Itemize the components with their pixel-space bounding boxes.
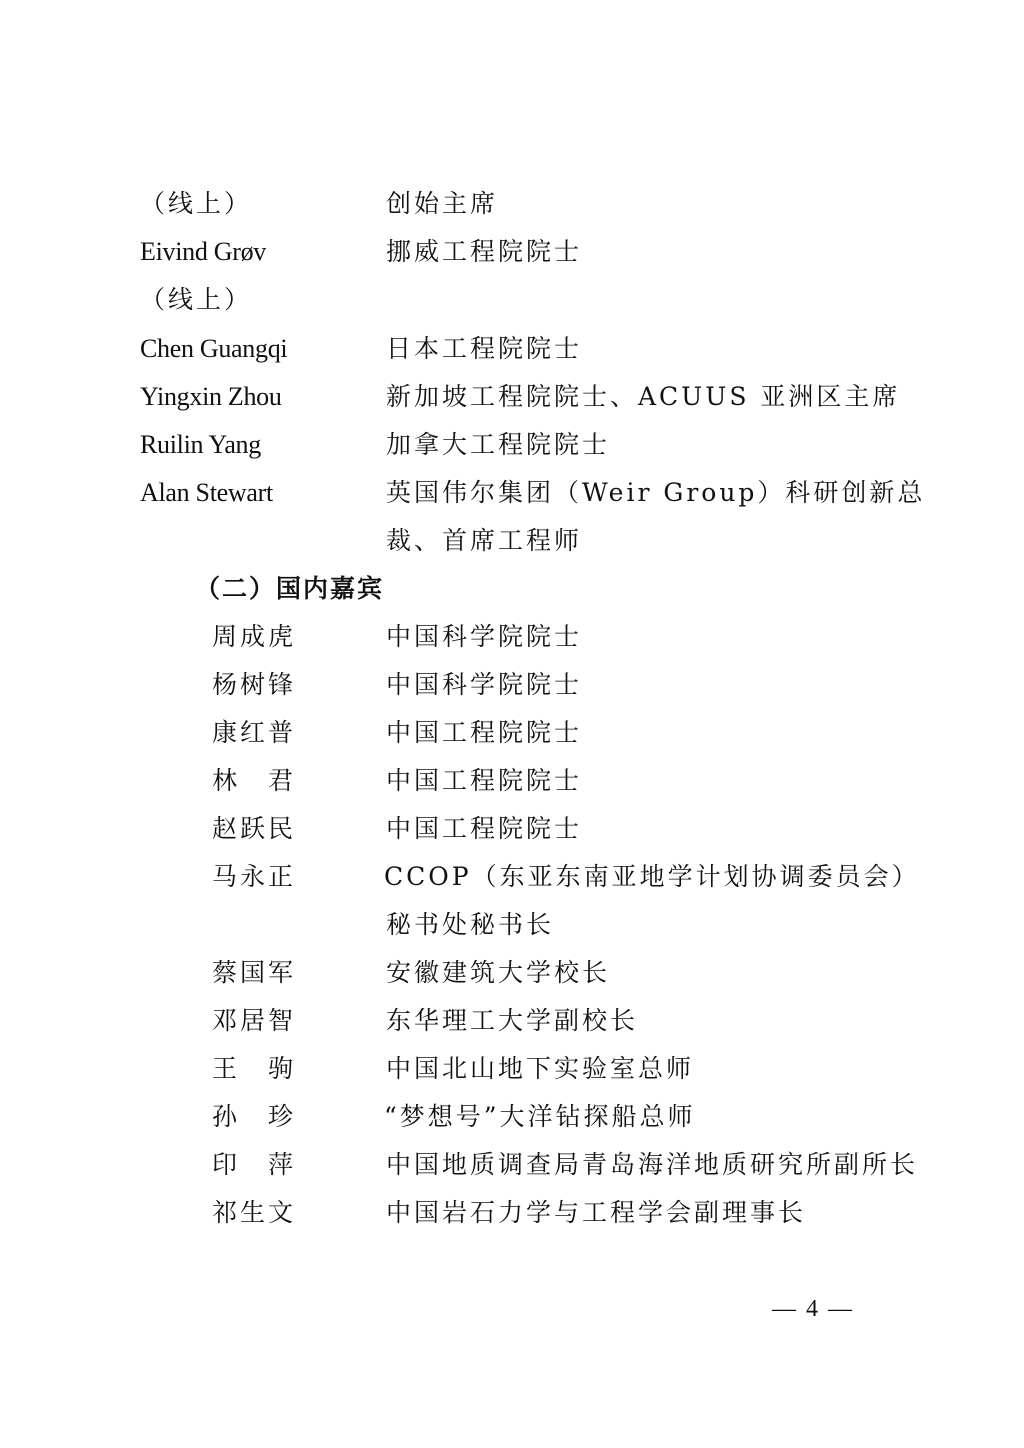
guest-name: Alan Stewart [140, 473, 273, 513]
guest-row: 印 萍 中国地质调查局青岛海洋地质研究所副所长 [212, 1145, 912, 1185]
guest-name: Yingxin Zhou [140, 377, 282, 417]
guest-title: 中国地质调查局青岛海洋地质研究所副所长 [386, 1145, 918, 1185]
guest-name: 邓居智 [212, 1001, 296, 1041]
guest-row: 杨树锋 中国科学院院士 [212, 665, 912, 705]
guest-row: 祁生文 中国岩石力学与工程学会副理事长 [212, 1193, 912, 1233]
section-heading-domestic-guests: （二）国内嘉宾 [195, 569, 384, 609]
guest-name: 林 君 [212, 761, 296, 801]
guest-title: 英国伟尔集团（Weir Group）科研创新总 [386, 473, 925, 513]
guest-name: 祁生文 [212, 1193, 296, 1233]
guest-title: 中国工程院院士 [386, 713, 582, 753]
guest-name: Chen Guangqi [140, 329, 287, 369]
guest-row: 赵跃民 中国工程院院士 [212, 809, 912, 849]
guest-name: Ruilin Yang [140, 425, 261, 465]
guest-row: 蔡国军 安徽建筑大学校长 [212, 953, 912, 993]
guest-name: 赵跃民 [212, 809, 296, 849]
guest-title: 中国岩石力学与工程学会副理事长 [386, 1193, 806, 1233]
document-page: （线上） 创始主席 Eivind Grøv 挪威工程院院士 （线上） Chen … [0, 0, 1024, 1448]
guest-name: 印 萍 [212, 1145, 296, 1185]
guest-row: 周成虎 中国科学院院士 [212, 617, 912, 657]
guest-title: 秘书处秘书长 [386, 905, 554, 945]
guest-title: 东华理工大学副校长 [386, 1001, 638, 1041]
guest-title: 中国北山地下实验室总师 [386, 1049, 694, 1089]
guest-name: 王 驹 [212, 1049, 296, 1089]
guest-title: 挪威工程院院士 [386, 232, 582, 272]
guest-name: 孙 珍 [212, 1097, 296, 1137]
guest-row: 王 驹 中国北山地下实验室总师 [212, 1049, 912, 1089]
guest-name: Eivind Grøv [140, 232, 266, 272]
guest-title: 安徽建筑大学校长 [386, 953, 610, 993]
guest-row: （线上） 创始主席 [140, 184, 900, 224]
guest-title: 新加坡工程院院士、ACUUS 亚洲区主席 [386, 377, 900, 417]
guest-row: Eivind Grøv 挪威工程院院士 [140, 232, 900, 272]
guest-name: 康红普 [212, 713, 296, 753]
guest-row: 林 君 中国工程院院士 [212, 761, 912, 801]
guest-name: 周成虎 [212, 617, 296, 657]
guest-title: “梦想号”大洋钻探船总师 [384, 1097, 696, 1137]
guest-title: 中国工程院院士 [386, 809, 582, 849]
guest-row: Chen Guangqi 日本工程院院士 [140, 329, 900, 369]
guest-title: 中国科学院院士 [386, 665, 582, 705]
guest-title: 中国工程院院士 [386, 761, 582, 801]
guest-row: 康红普 中国工程院院士 [212, 713, 912, 753]
guest-row: 马永正 CCOP（东亚东南亚地学计划协调委员会） [212, 857, 912, 897]
guest-title: 中国科学院院士 [386, 617, 582, 657]
guest-row: Ruilin Yang 加拿大工程院院士 [140, 425, 900, 465]
guest-name: （线上） [140, 184, 252, 224]
guest-title: 加拿大工程院院士 [386, 425, 610, 465]
guest-row-continuation: 秘书处秘书长 [212, 905, 912, 945]
guest-name: （线上） [140, 280, 252, 320]
guest-row: 邓居智 东华理工大学副校长 [212, 1001, 912, 1041]
guest-name: 杨树锋 [212, 665, 296, 705]
page-number: — 4 — [772, 1296, 854, 1323]
guest-title: CCOP（东亚东南亚地学计划协调委员会） [384, 857, 920, 897]
guest-title: 创始主席 [386, 184, 498, 224]
guest-row: Yingxin Zhou 新加坡工程院院士、ACUUS 亚洲区主席 [140, 377, 900, 417]
guest-name: 马永正 [212, 857, 296, 897]
guest-title: 日本工程院院士 [386, 329, 582, 369]
guest-row: Alan Stewart 英国伟尔集团（Weir Group）科研创新总 [140, 473, 900, 513]
guest-row-continuation: 裁、首席工程师 [140, 521, 900, 561]
guest-row: （线上） [140, 280, 900, 320]
guest-name: 蔡国军 [212, 953, 296, 993]
guest-title: 裁、首席工程师 [386, 521, 582, 561]
guest-row: 孙 珍 “梦想号”大洋钻探船总师 [212, 1097, 912, 1137]
